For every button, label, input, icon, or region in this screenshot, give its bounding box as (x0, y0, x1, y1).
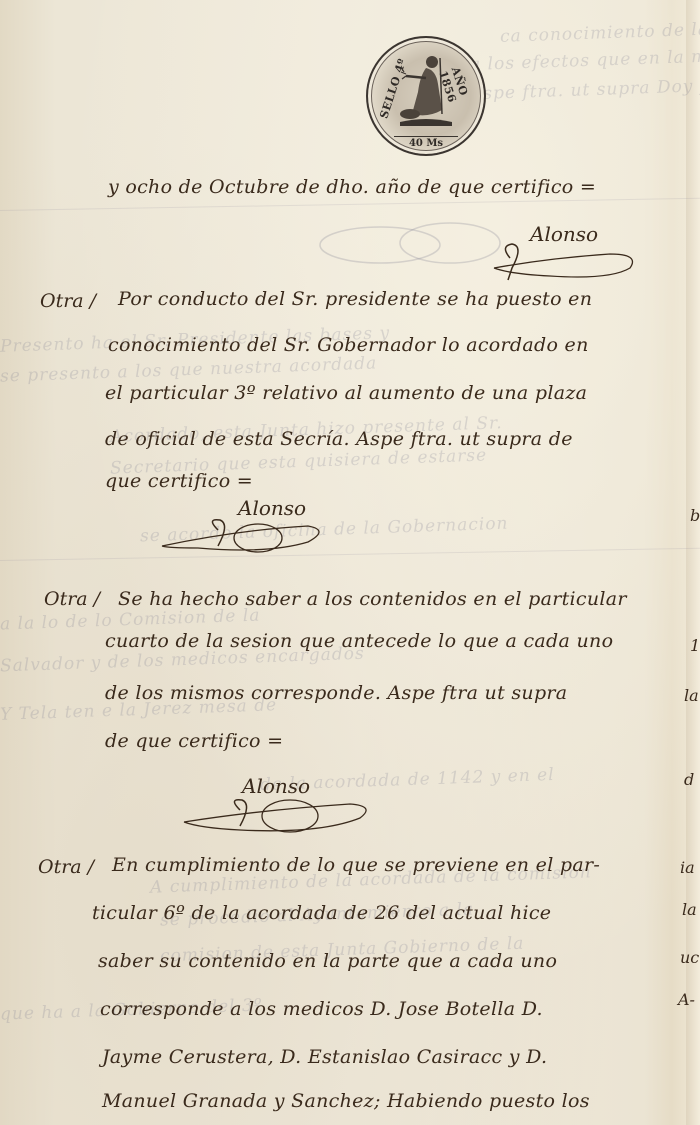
entry-line: Por conducto del Sr. presidente se ha pu… (118, 288, 592, 310)
manuscript-page: ca conocimiento de la Gobernacion se ha … (0, 0, 700, 1125)
entry-line: Jayme Cerustera, D. Estanislao Casiracc … (102, 1046, 547, 1068)
entry-line: Se ha hecho saber a los contenidos en el… (118, 588, 627, 610)
edge-fragment: 1 (690, 636, 700, 655)
revenue-stamp-seal: SELLO 4º AÑO 1856 40 Ms (366, 36, 486, 156)
signature-alonso: Alonso (158, 490, 338, 560)
signature-flourish-icon (180, 770, 380, 840)
entry-line: cuarto de la sesion que antecede lo que … (105, 630, 613, 652)
entry-line: corresponde a los medicos D. Jose Botell… (100, 998, 543, 1020)
entry-line: y ocho de Octubre de dho. año de que cer… (108, 176, 596, 198)
entry-line: conocimiento del Sr. Gobernador lo acord… (108, 334, 589, 356)
entry-line: de que certifico = (105, 730, 283, 752)
margin-label-otra: Otra / (38, 856, 94, 878)
signature-flourish-icon (490, 218, 650, 288)
margin-label-otra: Otra / (40, 290, 96, 312)
entry-line: Manuel Granada y Sanchez; Habiendo puest… (102, 1090, 590, 1112)
edge-fragment: d (684, 770, 694, 789)
edge-fragment: ia (680, 858, 695, 877)
entry-line: En cumplimiento de lo que se previene en… (112, 854, 600, 876)
signature-alonso: Alonso (180, 770, 380, 840)
edge-fragment: b (690, 506, 700, 525)
edge-fragment: la (682, 900, 697, 919)
signature-alonso: Alonso (490, 218, 650, 288)
edge-fragment: A- (678, 990, 695, 1009)
entry-line: que certifico = (105, 470, 253, 492)
entry-line: saber su contenido en la parte que a cad… (98, 950, 557, 972)
edge-fragment: la (684, 686, 699, 705)
seated-figure-icon (398, 52, 454, 130)
entry-line: de oficial de esta Secría. Aspe ftra. ut… (105, 428, 573, 450)
margin-label-otra: Otra / (44, 588, 100, 610)
signature-flourish-icon (158, 490, 338, 560)
edge-fragment: uc (680, 948, 699, 967)
entry-line: ticular 6º de la acordada de 26 del actu… (92, 902, 551, 924)
entry-line: el particular 3º relativo al aumento de … (105, 382, 587, 404)
entry-line: de los mismos corresponde. Aspe ftra ut … (105, 682, 567, 704)
stamp-value: 40 Ms (394, 136, 458, 149)
